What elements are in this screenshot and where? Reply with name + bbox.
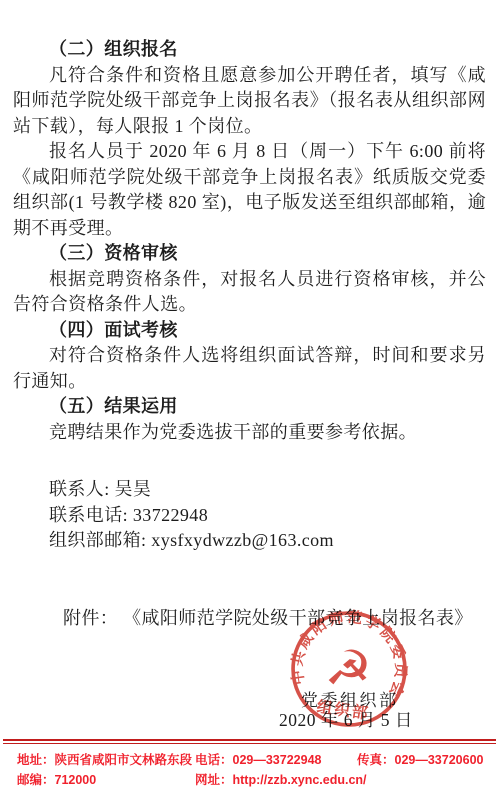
footer-phone: 电话：029—33722948 — [195, 750, 321, 768]
contact-email: 组织部邮箱: xysfxydwzzb@163.com — [13, 528, 486, 554]
contact-block: 联系人: 吴昊 联系电话: 33722948 组织部邮箱: xysfxydwzz… — [13, 477, 486, 554]
hammer-sickle-icon: ☭ — [322, 636, 375, 701]
contact-person: 联系人: 吴昊 — [13, 477, 486, 503]
section-heading-2: （二）组织报名 — [13, 37, 486, 63]
attachment-line: 附件： 《咸阳师范学院处级干部竞争上岗报名表》 — [13, 606, 486, 632]
footer-address: 地址：陕西省咸阳市文林路东段 — [17, 750, 192, 768]
letterhead-divider — [3, 739, 496, 744]
section-heading-3: （三）资格审核 — [13, 241, 486, 267]
footer-postcode: 邮编：712000 — [17, 770, 96, 788]
section-heading-5: （五）结果运用 — [13, 394, 486, 420]
paragraph: 对符合资格条件人选将组织面试答辩，时间和要求另行通知。 — [13, 343, 486, 394]
contact-phone: 联系电话: 33722948 — [13, 503, 486, 529]
document-body: （二）组织报名 凡符合条件和资格且愿意参加公开聘任者，填写《咸阳师范学院处级干部… — [13, 37, 486, 631]
paragraph: 报名人员于 2020 年 6 月 8 日（周一）下午 6:00 前将《咸阳师范学… — [13, 139, 486, 241]
footer-website: 网址：http://zzb.xync.edu.cn/ — [195, 770, 367, 788]
paragraph: 竞聘结果作为党委选拔干部的重要参考依据。 — [13, 420, 486, 446]
paragraph: 根据竞聘资格条件，对报名人员进行资格审核，并公告符合资格条件人选。 — [13, 267, 486, 318]
section-heading-4: （四）面试考核 — [13, 318, 486, 344]
paragraph: 凡符合条件和资格且愿意参加公开聘任者，填写《咸阳师范学院处级干部竞争上岗报名表》… — [13, 63, 486, 140]
official-seal: 中共咸阳师范学院委员会 ☭ 组织部 — [289, 609, 409, 729]
footer-fax: 传真：029—33720600 — [357, 750, 483, 768]
